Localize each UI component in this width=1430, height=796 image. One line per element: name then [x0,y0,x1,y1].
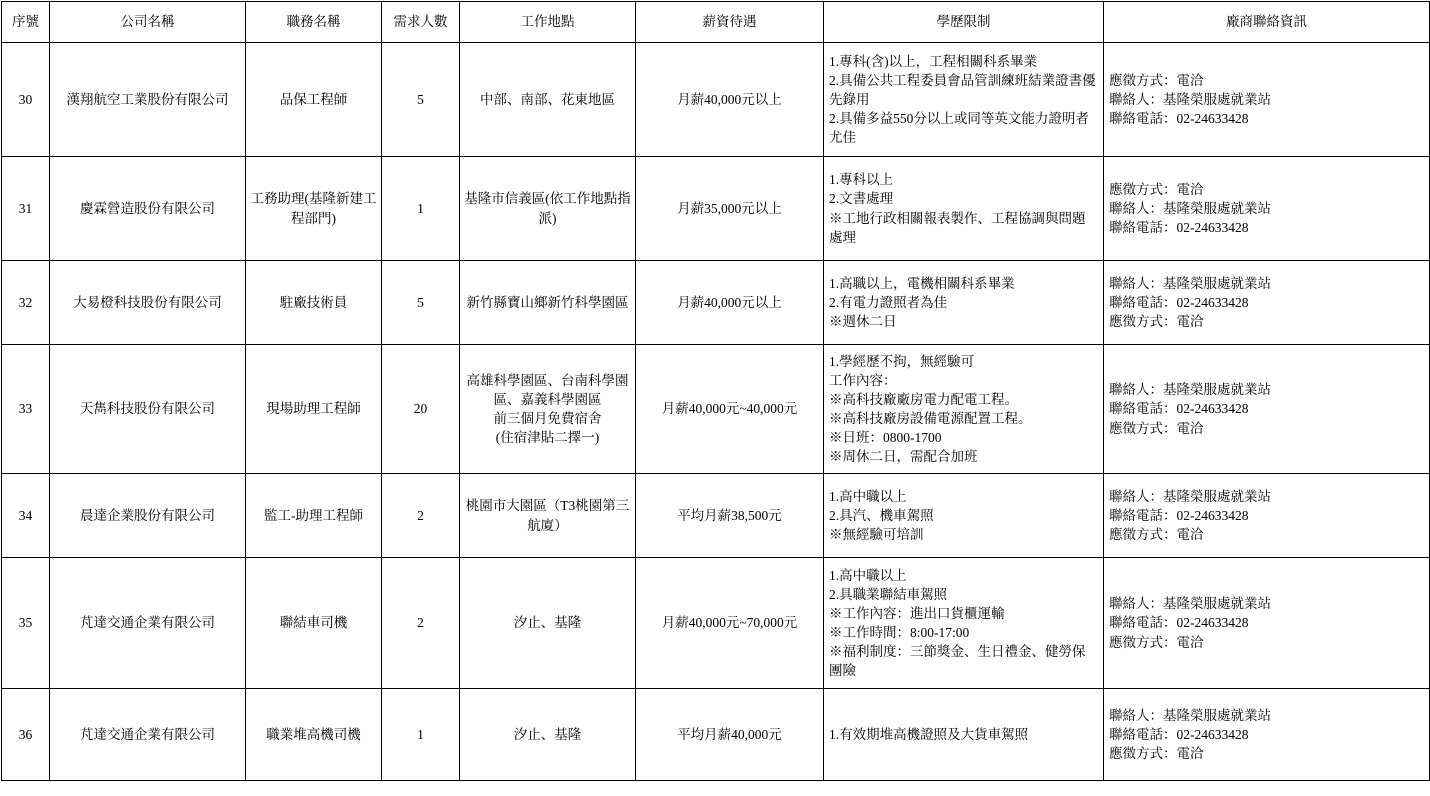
header-education: 學歷限制 [824,2,1104,43]
cell-location: 桃園市大園區（T3桃園第三航廈） [460,474,636,558]
cell-contact: 應徵方式：電洽 聯絡人：基隆榮服處就業站 聯絡電話：02-24633428 [1104,43,1430,157]
cell-salary: 月薪35,000元以上 [636,157,824,261]
cell-education: 1.高職以上，電機相關科系畢業 2.有電力證照者為佳 ※週休二日 [824,261,1104,345]
header-location: 工作地點 [460,2,636,43]
cell-job-title: 工務助理(基隆新建工程部門) [246,157,382,261]
cell-serial: 31 [2,157,50,261]
cell-contact: 應徵方式：電洽 聯絡人：基隆榮服處就業站 聯絡電話：02-24633428 [1104,157,1430,261]
table-row: 35 芃達交通企業有限公司 聯結車司機 2 汐止、基隆 月薪40,000元~70… [2,558,1430,689]
cell-education: 1.高中職以上 2.具職業聯結車駕照 ※工作內容：進出口貨櫃運輸 ※工作時間：8… [824,558,1104,689]
cell-company: 芃達交通企業有限公司 [50,689,246,781]
header-serial: 序號 [2,2,50,43]
cell-headcount: 2 [382,558,460,689]
header-contact: 廠商聯絡資訊 [1104,2,1430,43]
cell-headcount: 2 [382,474,460,558]
cell-contact: 聯絡人：基隆榮服處就業站 聯絡電話：02-24633428 應徵方式：電洽 [1104,689,1430,781]
cell-company: 漢翔航空工業股份有限公司 [50,43,246,157]
cell-company: 芃達交通企業有限公司 [50,558,246,689]
cell-company: 慶霖營造股份有限公司 [50,157,246,261]
cell-serial: 36 [2,689,50,781]
cell-education: 1.有效期堆高機證照及大貨車駕照 [824,689,1104,781]
cell-location: 基隆市信義區(依工作地點指派) [460,157,636,261]
cell-company: 大易橙科技股份有限公司 [50,261,246,345]
cell-headcount: 1 [382,689,460,781]
cell-contact: 聯絡人：基隆榮服處就業站 聯絡電話：02-24633428 應徵方式：電洽 [1104,261,1430,345]
job-listing-document: 序號 公司名稱 職務名稱 需求人數 工作地點 薪資待遇 學歷限制 廠商聯絡資訊 … [1,1,1429,781]
cell-job-title: 品保工程師 [246,43,382,157]
cell-job-title: 監工-助理工程師 [246,474,382,558]
header-row: 序號 公司名稱 職務名稱 需求人數 工作地點 薪資待遇 學歷限制 廠商聯絡資訊 [2,2,1430,43]
table-row: 33 天雋科技股份有限公司 現場助理工程師 20 高雄科學園區、台南科學園區、嘉… [2,345,1430,474]
cell-location: 新竹縣寶山鄉新竹科學園區 [460,261,636,345]
cell-contact: 聯絡人：基隆榮服處就業站 聯絡電話：02-24633428 應徵方式：電洽 [1104,474,1430,558]
cell-education: 1.學經歷不拘，無經驗可 工作內容： ※高科技廠廠房電力配電工程。 ※高科技廠房… [824,345,1104,474]
cell-salary: 月薪40,000元~40,000元 [636,345,824,474]
cell-location: 中部、南部、花東地區 [460,43,636,157]
cell-salary: 平均月薪40,000元 [636,689,824,781]
table-row: 32 大易橙科技股份有限公司 駐廠技術員 5 新竹縣寶山鄉新竹科學園區 月薪40… [2,261,1430,345]
cell-salary: 月薪40,000元以上 [636,261,824,345]
cell-serial: 34 [2,474,50,558]
cell-job-title: 現場助理工程師 [246,345,382,474]
table-row: 31 慶霖營造股份有限公司 工務助理(基隆新建工程部門) 1 基隆市信義區(依工… [2,157,1430,261]
cell-contact: 聯絡人：基隆榮服處就業站 聯絡電話：02-24633428 應徵方式：電洽 [1104,345,1430,474]
cell-serial: 30 [2,43,50,157]
cell-job-title: 聯結車司機 [246,558,382,689]
cell-headcount: 5 [382,261,460,345]
cell-headcount: 5 [382,43,460,157]
cell-serial: 33 [2,345,50,474]
cell-serial: 35 [2,558,50,689]
cell-location: 高雄科學園區、台南科學園區、嘉義科學園區 前三個月免費宿舍 (住宿津貼二擇一) [460,345,636,474]
cell-company: 晨達企業股份有限公司 [50,474,246,558]
cell-location: 汐止、基隆 [460,689,636,781]
header-company: 公司名稱 [50,2,246,43]
table-row: 34 晨達企業股份有限公司 監工-助理工程師 2 桃園市大園區（T3桃園第三航廈… [2,474,1430,558]
cell-headcount: 1 [382,157,460,261]
table-row: 30 漢翔航空工業股份有限公司 品保工程師 5 中部、南部、花東地區 月薪40,… [2,43,1430,157]
job-listing-table: 序號 公司名稱 職務名稱 需求人數 工作地點 薪資待遇 學歷限制 廠商聯絡資訊 … [1,1,1430,781]
cell-contact: 聯絡人：基隆榮服處就業站 聯絡電話：02-24633428 應徵方式：電洽 [1104,558,1430,689]
header-job-title: 職務名稱 [246,2,382,43]
cell-job-title: 駐廠技術員 [246,261,382,345]
header-salary: 薪資待遇 [636,2,824,43]
cell-headcount: 20 [382,345,460,474]
cell-education: 1.專科以上 2.文書處理 ※工地行政相關報表製作、工程協調與問題處理 [824,157,1104,261]
cell-serial: 32 [2,261,50,345]
cell-salary: 月薪40,000元~70,000元 [636,558,824,689]
cell-company: 天雋科技股份有限公司 [50,345,246,474]
cell-education: 1.專科(含)以上，工程相關科系畢業 2.具備公共工程委員會品管訓練班結業證書優… [824,43,1104,157]
cell-salary: 月薪40,000元以上 [636,43,824,157]
header-headcount: 需求人數 [382,2,460,43]
cell-job-title: 職業堆高機司機 [246,689,382,781]
cell-salary: 平均月薪38,500元 [636,474,824,558]
table-row: 36 芃達交通企業有限公司 職業堆高機司機 1 汐止、基隆 平均月薪40,000… [2,689,1430,781]
cell-education: 1.高中職以上 2.具汽、機車駕照 ※無經驗可培訓 [824,474,1104,558]
cell-location: 汐止、基隆 [460,558,636,689]
